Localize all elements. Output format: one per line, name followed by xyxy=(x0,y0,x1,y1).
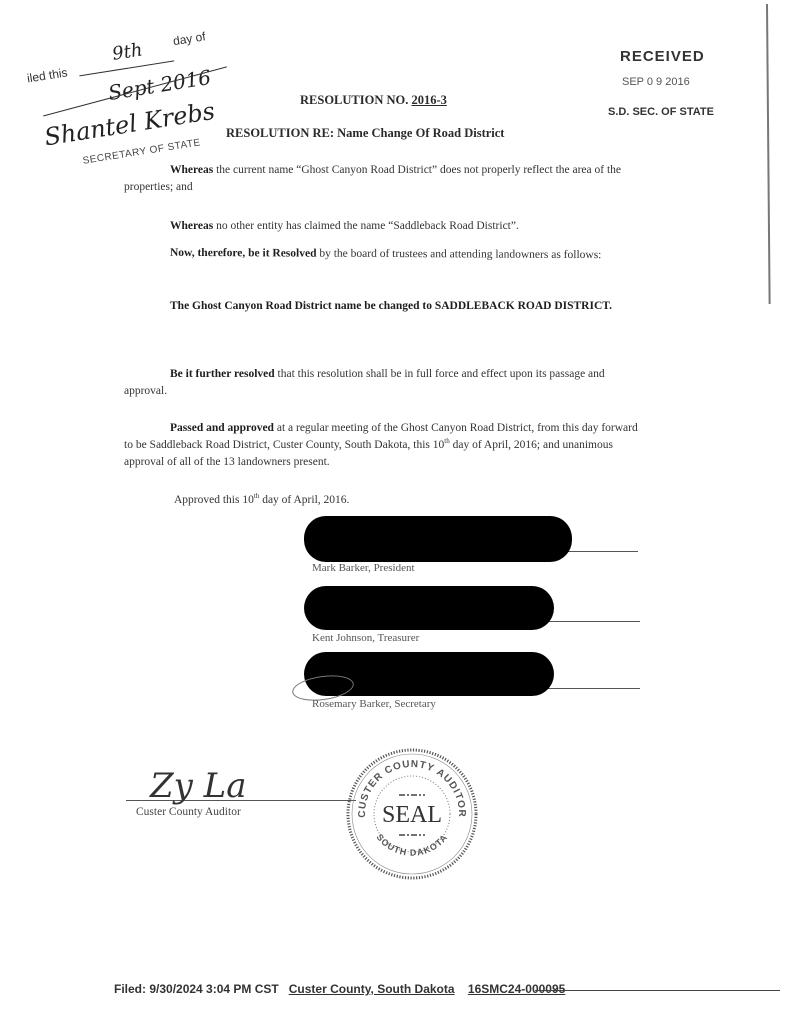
signatory-president: Mark Barker, President xyxy=(312,562,415,574)
auditor-signature: Zy La xyxy=(150,766,247,806)
paragraph-lead: Whereas xyxy=(170,220,213,232)
paragraph-passed-approved: Passed and approved at a regular meeting… xyxy=(124,420,644,471)
received-office: S.D. SEC. OF STATE xyxy=(608,106,714,118)
resolution-subtitle: RESOLUTION RE: Name Change Of Road Distr… xyxy=(226,126,504,141)
paragraph-further-resolved: Be it further resolved that this resolut… xyxy=(124,366,644,400)
filed-timestamp: Filed: 9/30/2024 3:04 PM CST xyxy=(114,982,279,996)
paragraph-lead: Now, therefore, be it Resolved xyxy=(170,247,317,260)
approved-text: Approved this 10 xyxy=(174,494,254,506)
received-label: RECEIVED xyxy=(620,48,705,65)
paragraph-whereas-2: Whereas no other entity has claimed the … xyxy=(124,218,644,235)
filing-dayof: day of xyxy=(172,29,206,48)
paragraph-name-change: The Ghost Canyon Road District name be c… xyxy=(170,298,620,315)
county-auditor-seal: CUSTER COUNTY AUDITOR SOUTH DAKOTA SEAL xyxy=(345,747,479,881)
court-filing-footer: Filed: 9/30/2024 3:04 PM CST Custer Coun… xyxy=(114,982,565,996)
page-edge xyxy=(766,4,771,304)
approved-date-line: Approved this 10th day of April, 2016. xyxy=(174,492,574,509)
paragraph-lead: Whereas xyxy=(170,164,213,176)
received-date: SEP 0 9 2016 xyxy=(622,76,690,88)
paragraph-resolved: Now, therefore, be it Resolved by the bo… xyxy=(124,245,644,265)
filing-stamp: iled this 9th day of Sept 2016 Shantel K… xyxy=(22,12,260,175)
seal-bottom-text: SOUTH DAKOTA xyxy=(374,832,449,858)
footer-underline xyxy=(535,990,780,991)
signatory-secretary: Rosemary Barker, Secretary xyxy=(312,698,436,710)
filing-prefix: iled this xyxy=(26,65,68,85)
resolution-title: RESOLUTION NO. 2016-3 xyxy=(300,93,447,108)
approved-text-cont: day of April, 2016. xyxy=(259,494,349,506)
auditor-label: Custer County Auditor xyxy=(136,806,241,818)
paragraph-lead: Passed and approved xyxy=(170,422,274,434)
svg-text:SOUTH DAKOTA: SOUTH DAKOTA xyxy=(374,832,449,858)
redaction-bar-treasurer xyxy=(304,586,554,630)
paragraph-lead: Be it further resolved xyxy=(170,368,275,380)
redaction-bar-president xyxy=(304,516,572,562)
filing-day: 9th xyxy=(111,39,144,64)
signatory-treasurer: Kent Johnson, Treasurer xyxy=(312,632,419,644)
paragraph-text: by the board of trustees and attending l… xyxy=(316,248,601,261)
paragraph-whereas-1: Whereas the current name “Ghost Canyon R… xyxy=(124,162,644,196)
paragraph-text: no other entity has claimed the name “Sa… xyxy=(213,220,519,232)
resolution-number: 2016-3 xyxy=(411,93,446,107)
seal-center-text: SEAL xyxy=(382,802,442,828)
filed-county: Custer County, South Dakota xyxy=(289,982,455,996)
title-prefix: RESOLUTION NO. xyxy=(300,93,408,107)
case-number: 16SMC24-000095 xyxy=(468,982,565,996)
